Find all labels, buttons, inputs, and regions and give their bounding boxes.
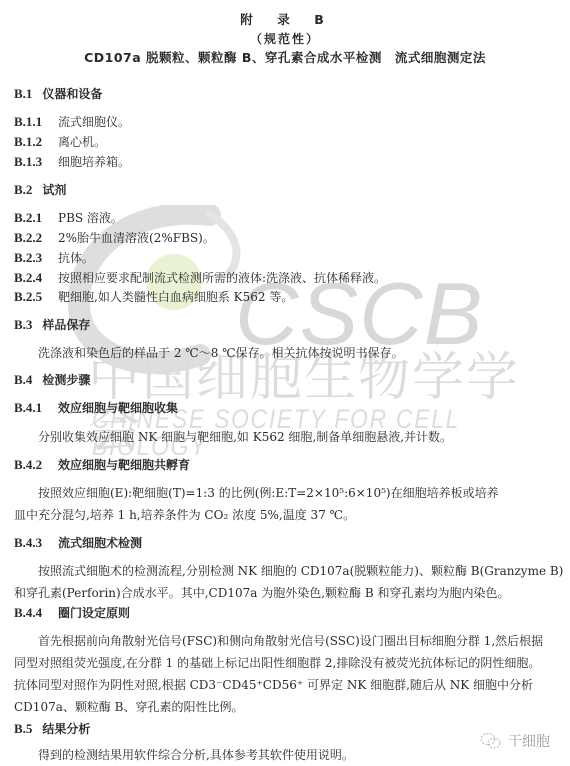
subsection-number: B.4.2 bbox=[14, 457, 58, 473]
document-title: CD107a 脱颗粒、颗粒酶 B、穿孔素合成水平检测 流式细胞测定法 bbox=[0, 50, 570, 66]
list-item: B.2.22%胎牛血清溶液(2%FBS)。 bbox=[14, 230, 215, 246]
subsection-heading-b4-3: B.4.3流式细胞术检测 bbox=[14, 535, 142, 551]
subsection-number: B.4.1 bbox=[14, 400, 58, 416]
paragraph-line: 按照效应细胞(E):靶细胞(T)=1:3 的比例(例:E:T=2×10⁵:6×1… bbox=[14, 482, 559, 504]
paragraph-line: 得到的检测结果用软件综合分析,具体参考其软件使用说明。 bbox=[14, 744, 559, 766]
appendix-nature: （规范性） bbox=[0, 31, 570, 47]
section-number: B.3 bbox=[14, 317, 32, 333]
list-item: B.2.5靶细胞,如人类髓性白血病细胞系 K562 等。 bbox=[14, 289, 293, 305]
item-text: 细胞培养箱。 bbox=[58, 155, 130, 169]
item-text: 流式细胞仪。 bbox=[58, 115, 130, 129]
paragraph: 得到的检测结果用软件综合分析,具体参考其软件使用说明。 bbox=[14, 744, 559, 766]
item-text: 离心机。 bbox=[58, 135, 106, 149]
item-text: 按照相应要求配制流式检测所需的液体:洗涤液、抗体稀释液。 bbox=[58, 271, 386, 285]
item-text: 靶细胞,如人类髓性白血病细胞系 K562 等。 bbox=[58, 290, 293, 304]
appendix-label: 附 录 B bbox=[0, 12, 570, 28]
item-number: B.1.2 bbox=[14, 134, 58, 150]
item-number: B.1.1 bbox=[14, 114, 58, 130]
section-heading-b2: B.2试剂 bbox=[14, 182, 66, 198]
wechat-account-badge: 干细胞 bbox=[480, 731, 550, 751]
section-heading-b3: B.3样品保存 bbox=[14, 317, 90, 333]
item-text: PBS 溶液。 bbox=[58, 211, 123, 225]
section-title: 试剂 bbox=[42, 183, 66, 197]
paragraph-line: 首先根据前向角散射光信号(FSC)和侧向角散射光信号(SSC)设门圈出目标细胞分… bbox=[14, 630, 559, 652]
section-title: 仪器和设备 bbox=[42, 87, 102, 101]
paragraph-line: 和穿孔素(Perforin)合成水平。其中,CD107a 为胞外染色,颗粒酶 B… bbox=[14, 582, 559, 604]
section-number: B.1 bbox=[14, 86, 32, 102]
subsection-heading-b4-2: B.4.2效应细胞与靶细胞共孵育 bbox=[14, 457, 190, 473]
wechat-icon bbox=[480, 732, 502, 750]
subsection-title: 效应细胞与靶细胞收集 bbox=[58, 401, 178, 415]
subsection-heading-b4-4: B.4.4圈门设定原则 bbox=[14, 605, 130, 621]
section-number: B.2 bbox=[14, 182, 32, 198]
item-number: B.1.3 bbox=[14, 154, 58, 170]
item-number: B.2.3 bbox=[14, 250, 58, 266]
section-title: 检测步骤 bbox=[42, 373, 90, 387]
list-item: B.2.4按照相应要求配制流式检测所需的液体:洗涤液、抗体稀释液。 bbox=[14, 270, 386, 286]
item-number: B.2.2 bbox=[14, 230, 58, 246]
document-page: CSCB 中国细胞生物学学会 CHINESE SOCIETY FOR CELL … bbox=[0, 0, 570, 766]
section-number: B.5 bbox=[14, 721, 32, 737]
section-title: 样品保存 bbox=[42, 318, 90, 332]
wechat-account-name: 干细胞 bbox=[508, 731, 550, 751]
subsection-title: 流式细胞术检测 bbox=[58, 536, 142, 550]
subsection-number: B.4.3 bbox=[14, 535, 58, 551]
paragraph: 按照效应细胞(E):靶细胞(T)=1:3 的比例(例:E:T=2×10⁵:6×1… bbox=[14, 482, 559, 526]
item-text: 2%胎牛血清溶液(2%FBS)。 bbox=[58, 231, 215, 245]
list-item: B.2.1PBS 溶液。 bbox=[14, 210, 123, 226]
paragraph: 分别收集效应细胞 NK 细胞与靶细胞,如 K562 细胞,制备单细胞悬液,并计数… bbox=[14, 426, 559, 448]
paragraph-line: 按照流式细胞术的检测流程,分别检测 NK 细胞的 CD107a(脱颗粒能力)、颗… bbox=[14, 560, 559, 582]
paragraph-line: 分别收集效应细胞 NK 细胞与靶细胞,如 K562 细胞,制备单细胞悬液,并计数… bbox=[14, 426, 559, 448]
section-heading-b5: B.5结果分析 bbox=[14, 721, 90, 737]
list-item: B.1.3细胞培养箱。 bbox=[14, 154, 130, 170]
subsection-heading-b4-1: B.4.1效应细胞与靶细胞收集 bbox=[14, 400, 178, 416]
paragraph-line: 皿中充分混匀,培养 1 h,培养条件为 CO₂ 浓度 5%,温度 37 ℃。 bbox=[14, 504, 559, 526]
paragraph: 洗涤液和染色后的样品于 2 ℃～8 ℃保存。相关抗体按说明书保存。 bbox=[14, 342, 559, 364]
paragraph-line: 洗涤液和染色后的样品于 2 ℃～8 ℃保存。相关抗体按说明书保存。 bbox=[14, 342, 559, 364]
item-number: B.2.5 bbox=[14, 289, 58, 305]
item-number: B.2.4 bbox=[14, 270, 58, 286]
section-heading-b4: B.4检测步骤 bbox=[14, 372, 90, 388]
paragraph: 首先根据前向角散射光信号(FSC)和侧向角散射光信号(SSC)设门圈出目标细胞分… bbox=[14, 630, 559, 718]
item-number: B.2.1 bbox=[14, 210, 58, 226]
paragraph-line: CD107a、颗粒酶 B、穿孔素的阳性比例。 bbox=[14, 696, 559, 718]
list-item: B.2.3抗体。 bbox=[14, 250, 94, 266]
item-text: 抗体。 bbox=[58, 251, 94, 265]
subsection-title: 圈门设定原则 bbox=[58, 606, 130, 620]
section-title: 结果分析 bbox=[42, 722, 90, 736]
subsection-title: 效应细胞与靶细胞共孵育 bbox=[58, 458, 190, 472]
paragraph-line: 同型对照组荧光强度,在分群 1 的基础上标记出阳性细胞群 2,排除没有被荧光抗体… bbox=[14, 652, 559, 674]
list-item: B.1.2离心机。 bbox=[14, 134, 106, 150]
section-number: B.4 bbox=[14, 372, 32, 388]
list-item: B.1.1流式细胞仪。 bbox=[14, 114, 130, 130]
subsection-number: B.4.4 bbox=[14, 605, 58, 621]
paragraph: 按照流式细胞术的检测流程,分别检测 NK 细胞的 CD107a(脱颗粒能力)、颗… bbox=[14, 560, 559, 604]
paragraph-line: 抗体同型对照作为阴性对照,根据 CD3⁻CD45⁺CD56⁺ 可界定 NK 细胞… bbox=[14, 674, 559, 696]
section-heading-b1: B.1仪器和设备 bbox=[14, 86, 102, 102]
